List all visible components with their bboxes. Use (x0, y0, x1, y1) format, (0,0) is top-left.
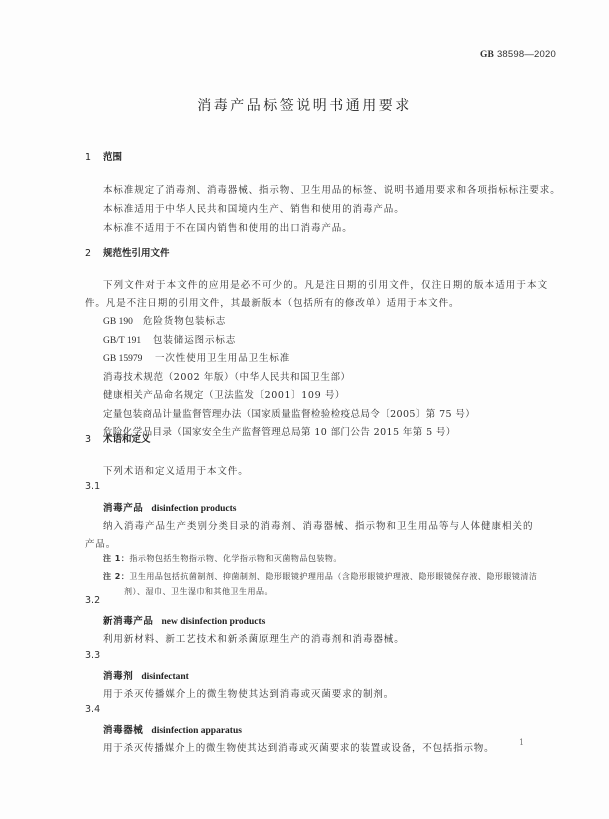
term-definition: 用于杀灭传播媒介上的微生物使其达到消毒或灭菌要求的制剂。 (103, 686, 394, 700)
reference-item: GB/T 191包装储运图示标志 (103, 332, 236, 346)
note-1: 注 1：指示物包括生物指示物、化学指示物和灭菌物品包装物。 (103, 553, 342, 564)
term-number: 3.1 (85, 481, 100, 492)
paragraph: 下列文件对于本文件的应用是必不可少的。凡是注日期的引用文件，仅注日期的版本适用于… (103, 277, 548, 291)
section-3-heading: 3术语和定义 (85, 431, 151, 445)
section-heading-text: 范围 (103, 152, 122, 163)
paragraph: 本标准规定了消毒剂、消毒器械、指示物、卫生用品的标签、说明书通用要求和各项指标标… (103, 182, 561, 196)
reference-item: 定量包装商品计量监督管理办法（国家质量监督检验检疫总局令〔2005〕第 75 号… (103, 406, 475, 420)
section-heading-text: 术语和定义 (103, 434, 151, 445)
term-definition: 利用新材料、新工艺技术和新杀菌原理生产的消毒剂和消毒器械。 (103, 631, 405, 645)
standard-prefix: GB (480, 50, 494, 60)
standard-number: GB 38598—2020 (480, 49, 556, 60)
paragraph: 本标准不适用于不在国内销售和使用的出口消毒产品。 (103, 220, 353, 234)
term-number: 3.3 (85, 650, 100, 661)
term-number: 3.2 (85, 595, 100, 606)
reference-item: 消毒技术规范（2002 年版）（中华人民共和国卫生部） (103, 369, 351, 383)
document-title: 消毒产品标签说明书通用要求 (0, 95, 609, 115)
reference-item: 危险化学品目录（国家安全生产监督管理总局第 10 部门公告 2015 年第 5 … (103, 424, 456, 438)
term-number: 3.4 (85, 704, 100, 715)
term-heading: 消毒剂disinfectant (103, 668, 189, 682)
term-heading: 消毒器械disinfection apparatus (103, 722, 242, 736)
term-definition: 产品。 (85, 536, 116, 550)
note-2-continued: 剂）、湿巾、卫生湿巾和其他卫生用品。 (124, 586, 273, 597)
term-heading: 新消毒产品new disinfection products (103, 613, 265, 627)
paragraph: 本标准适用于中华人民共和国境内生产、销售和使用的消毒产品。 (103, 201, 405, 215)
section-heading-text: 规范性引用文件 (103, 248, 170, 259)
reference-item: 健康相关产品命名规定（卫法监发〔2001〕109 号） (103, 387, 345, 401)
term-definition: 用于杀灭传播媒介上的微生物使其达到消毒或灭菌要求的装置或设备，不包括指示物。 (103, 740, 494, 754)
reference-item: GB 15979一次性使用卫生用品卫生标准 (103, 350, 290, 364)
note-2: 注 2：卫生用品包括抗菌制剂、抑菌制剂、隐形眼镜护理用品（含隐形眼镜护理液、隐形… (103, 571, 537, 582)
section-2-heading: 2规范性引用文件 (85, 245, 170, 259)
paragraph: 件。凡是不注日期的引用文件，其最新版本（包括所有的修改单）适用于本文件。 (85, 295, 459, 309)
reference-item: GB 190危险货物包装标志 (103, 313, 226, 327)
term-heading: 消毒产品disinfection products (103, 500, 236, 514)
paragraph: 下列术语和定义适用于本文件。 (103, 463, 249, 477)
standard-code: 38598—2020 (497, 49, 556, 60)
section-1-heading: 1范围 (85, 149, 122, 163)
page-number: 1 (519, 738, 524, 747)
term-definition: 纳入消毒产品生产类别分类目录的消毒剂、消毒器械、指示物和卫生用品等与人体健康相关… (103, 518, 534, 532)
